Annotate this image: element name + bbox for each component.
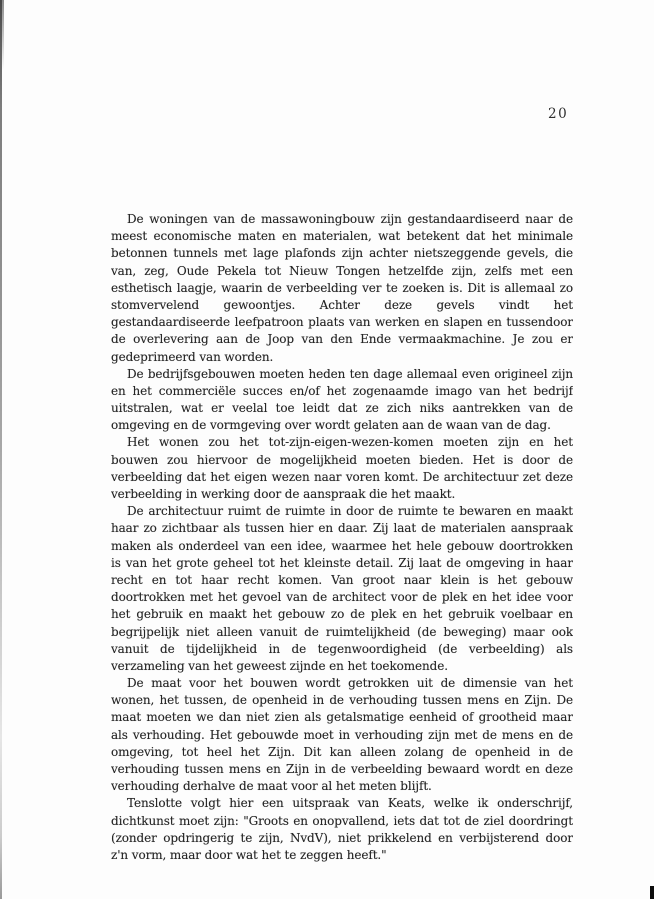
text-line: uitstralen, wat er veelal toe leidt dat …: [111, 400, 573, 417]
text-line: Het wonen zou het tot-zijn-eigen-wezen-k…: [111, 434, 573, 451]
text-line: De woningen van de massawoningbouw zijn …: [111, 211, 573, 228]
text-block: De woningen van de massawoningbouw zijn …: [111, 211, 573, 864]
text-line: maken als onderdeel van een idee, waarme…: [111, 538, 573, 555]
text-line: de overlevering aan de Joop van den Ende…: [111, 331, 573, 348]
text-line: verbeelding in werking door de aanspraak…: [111, 486, 573, 503]
text-line: betonnen tunnels met lage plafonds zijn …: [111, 245, 573, 262]
text-line: verbeelding dat het eigen wezen naar vor…: [111, 469, 573, 486]
text-line: De bedrijfsgebouwen moeten heden ten dag…: [111, 366, 573, 383]
text-line: maat moeten we dan niet zien als getalsm…: [111, 709, 573, 726]
document-page: 20 De woningen van de massawoningbouw zi…: [0, 0, 654, 899]
text-line: bouwen zou hiervoor de mogelijkheid moet…: [111, 452, 573, 469]
text-line: vanuit de tijdelijkheid in de tegenwoord…: [111, 641, 573, 658]
text-line: als verhouding. Het gebouwde moet in ver…: [111, 727, 573, 744]
scan-artifact-bottom-right: [650, 886, 654, 899]
text-line: omgeving, tot heel het Zijn. Dit kan all…: [111, 744, 573, 761]
text-line: begrijpelijk niet alleen vanuit de ruimt…: [111, 624, 573, 641]
text-line: meest economische maten en materialen, w…: [111, 228, 573, 245]
text-line: z'n vorm, maar door wat het te zeggen he…: [111, 847, 573, 864]
text-line: het gebruik en maakt het gebouw zo de pl…: [111, 606, 573, 623]
text-line: Tenslotte volgt hier een uitspraak van K…: [111, 795, 573, 812]
text-line: dichtkunst moet zijn: "Groots en onopval…: [111, 813, 573, 830]
scan-edge-artifact-top-left: [2, 0, 4, 70]
text-line: stomvervelend gewoontjes. Achter deze ge…: [111, 297, 573, 314]
text-line: gedeprimeerd van worden.: [111, 349, 573, 366]
text-line: recht en tot haar recht komen. Van groot…: [111, 572, 573, 589]
text-line: gestandaardiseerde leefpatroon plaats va…: [111, 314, 573, 331]
text-line: is van het grote geheel tot het kleinste…: [111, 555, 573, 572]
text-line: haar zo zichtbaar als tussen hier en daa…: [111, 520, 573, 537]
text-line: esthetisch laagje, waarin de verbeelding…: [111, 280, 573, 297]
scan-edge-artifact-left: [0, 0, 2, 899]
text-line: wonen, het tussen, de openheid in de ver…: [111, 692, 573, 709]
text-line: doortrokken met het gevoel van de archit…: [111, 589, 573, 606]
page-number: 20: [548, 106, 568, 122]
text-line: verzameling van het geweest zijnde en he…: [111, 658, 573, 675]
text-line: verhouding tussen mens en Zijn in de ver…: [111, 761, 573, 778]
text-line: verhouding derhalve de maat voor al het …: [111, 778, 573, 795]
text-line: van, zeg, Oude Pekela tot Nieuw Tongen h…: [111, 263, 573, 280]
text-line: en het commerciële succes en/of het zoge…: [111, 383, 573, 400]
text-line: omgeving en de vormgeving over wordt gel…: [111, 417, 573, 434]
text-line: De maat voor het bouwen wordt getrokken …: [111, 675, 573, 692]
text-line: De architectuur ruimt de ruimte in door …: [111, 503, 573, 520]
text-line: (zonder opdringerig te zijn, NvdV), niet…: [111, 830, 573, 847]
